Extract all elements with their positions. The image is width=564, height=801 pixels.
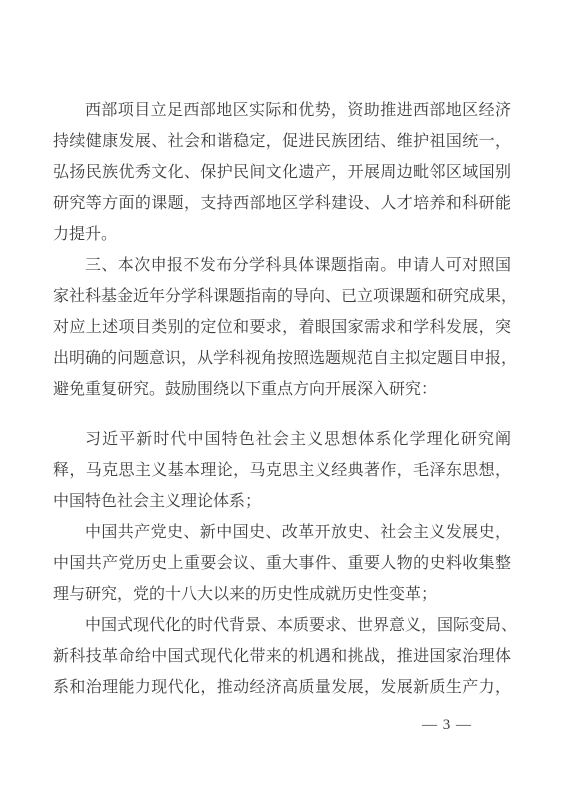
text-line: 中国共产党史、新中国史、改革开放史、社会主义发展史， [53,517,511,548]
text-line: 中国式现代化的时代背景、本质要求、世界意义，国际变局、 [53,610,511,641]
text-line: 研究等方面的课题，支持西部地区学科建设、人才培养和科研能 [53,188,511,219]
text-line: 新科技革命给中国式现代化带来的机遇和挑战，推进国家治理体 [53,641,511,672]
text-line: 习近平新时代中国特色社会主义思想体系化学理化研究阐 [53,424,511,455]
paragraph-key-direction-3: 中国式现代化的时代背景、本质要求、世界意义，国际变局、 新科技革命给中国式现代化… [53,610,511,703]
paragraph-key-direction-1: 习近平新时代中国特色社会主义思想体系化学理化研究阐 释，马克思主义基本理论，马克… [53,424,511,517]
text-line: 出明确的问题意识，从学科视角按照选题规范自主拟定题目申报， [53,343,511,374]
text-line: 理与研究，党的十八大以来的历史性成就历史性变革； [53,579,511,610]
paragraph-western-projects: 西部项目立足西部地区实际和优势，资助推进西部地区经济 持续健康发展、社会和谐稳定… [53,95,511,250]
text-line: 家社科基金近年分学科课题指南的导向、已立项课题和研究成果， [53,281,511,312]
text-line: 持续健康发展、社会和谐稳定，促进民族团结、维护祖国统一， [53,126,511,157]
text-line: 力提升。 [53,219,511,250]
text-line: 西部项目立足西部地区实际和优势，资助推进西部地区经济 [53,95,511,126]
text-line: 三、本次申报不发布分学科具体课题指南。申请人可对照国 [53,250,511,281]
text-line: 释，马克思主义基本理论，马克思主义经典著作，毛泽东思想， [53,455,511,486]
text-line: 避免重复研究。鼓励围绕以下重点方向开展深入研究： [53,374,511,405]
text-line: 系和治理能力现代化，推动经济高质量发展，发展新质生产力， [53,672,511,703]
document-page: 西部项目立足西部地区实际和优势，资助推进西部地区经济 持续健康发展、社会和谐稳定… [0,0,564,801]
text-line: 中国特色社会主义理论体系； [53,486,511,517]
text-line: 对应上述项目类别的定位和要求，着眼国家需求和学科发展，突 [53,312,511,343]
paragraph-section-three-application-guidelines: 三、本次申报不发布分学科具体课题指南。申请人可对照国 家社科基金近年分学科课题指… [53,250,511,405]
page-number: — 3 — [422,716,472,734]
page-body: 西部项目立足西部地区实际和优势，资助推进西部地区经济 持续健康发展、社会和谐稳定… [53,95,511,703]
text-line: 弘扬民族优秀文化、保护民间文化遗产，开展周边毗邻区域国别 [53,157,511,188]
paragraph-key-direction-2: 中国共产党史、新中国史、改革开放史、社会主义发展史， 中国共产党历史上重要会议、… [53,517,511,610]
text-line: 中国共产党历史上重要会议、重大事件、重要人物的史料收集整 [53,548,511,579]
